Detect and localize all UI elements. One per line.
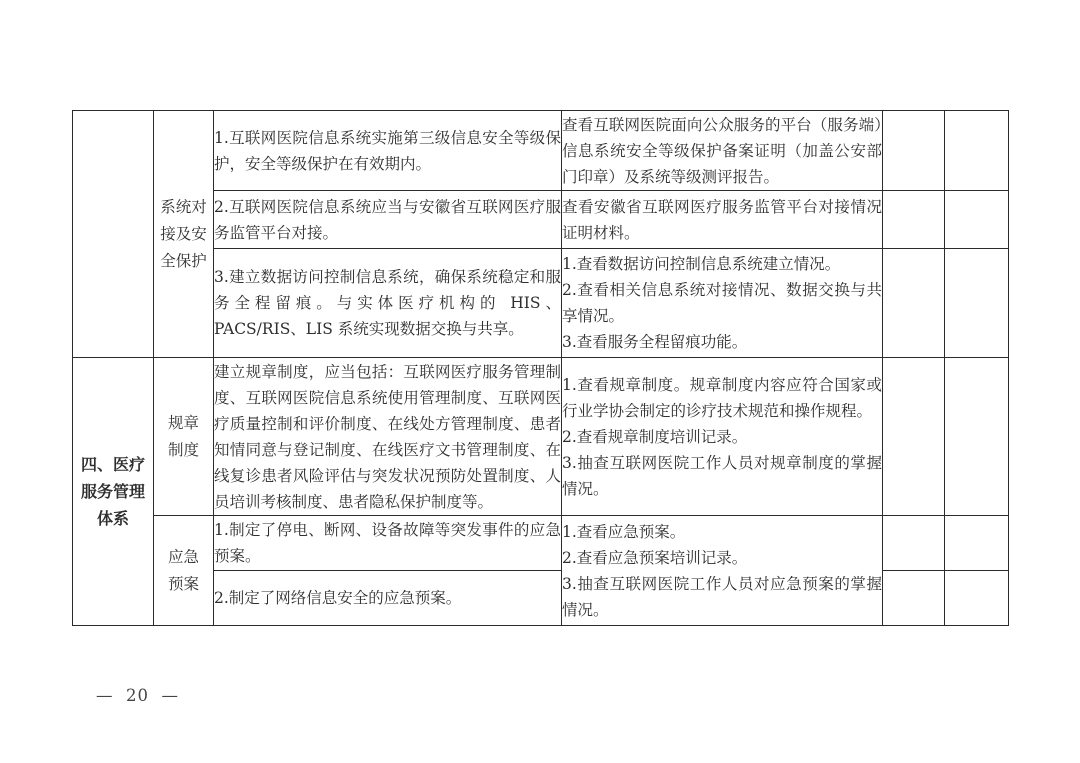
score-cell-2: [945, 571, 1009, 626]
method-cell-platform-connect: 查看安徽省互联网医疗服务监管平台对接情况证明材料。: [562, 191, 883, 249]
evaluation-table: 系统对 接及安 全保护 1.互联网医院信息系统实施第三级信息安全等级保护，安全等…: [72, 110, 1009, 626]
method-text: 查看互联网医院面向公众服务的平台（服务端）信息系统安全等级保护备案证明（加盖公安…: [562, 112, 882, 190]
subcategory-line: 应急: [154, 544, 213, 571]
score-cell-1: [883, 358, 945, 516]
criteria-text: 3.建立数据访问控制信息系统，确保系统稳定和服务全程留痕。与实体医疗机构的 HI…: [214, 264, 561, 342]
criteria-text: 1.制定了停电、断网、设备故障等突发事件的应急预案。: [214, 517, 561, 569]
method-item: 2.查看相关信息系统对接情况、数据交换与共享情况。: [562, 277, 882, 329]
criteria-cell-emergency-outage: 1.制定了停电、断网、设备故障等突发事件的应急预案。: [214, 516, 562, 571]
method-cell-emergency: 1.查看应急预案。 2.查看应急预案培训记录。 3.抽查互联网医院工作人员对应急…: [562, 516, 883, 626]
criteria-text: 2.互联网医院信息系统应当与安徽省互联网医疗服务监管平台对接。: [214, 194, 561, 246]
score-cell-2: [945, 358, 1009, 516]
criteria-text: 建立规章制度，应当包括：互联网医疗服务管理制度、互联网医院信息系统使用管理制度、…: [214, 359, 561, 515]
subcategory-line: 全保护: [154, 248, 213, 275]
page-number: — 20 —: [96, 686, 179, 705]
criteria-cell-emergency-network: 2.制定了网络信息安全的应急预案。: [214, 571, 562, 626]
method-item: 1.查看规章制度。规章制度内容应符合国家或行业学协会制定的诊疗技术规范和操作规程…: [562, 372, 882, 424]
score-cell-2: [945, 516, 1009, 571]
category-cell-medical-service-management: 四、医疗 服务管理 体系: [73, 358, 154, 626]
method-item: 1.查看数据访问控制信息系统建立情况。: [562, 251, 882, 277]
criteria-cell-rules: 建立规章制度，应当包括：互联网医疗服务管理制度、互联网医院信息系统使用管理制度、…: [214, 358, 562, 516]
score-cell-1: [883, 191, 945, 249]
method-item: 1.查看应急预案。: [562, 519, 882, 545]
criteria-cell-data-access: 3.建立数据访问控制信息系统，确保系统稳定和服务全程留痕。与实体医疗机构的 HI…: [214, 249, 562, 358]
category-line: 体系: [73, 505, 153, 532]
method-item: 2.查看应急预案培训记录。: [562, 545, 882, 571]
subcategory-line: 接及安: [154, 221, 213, 248]
method-item: 3.抽查互联网医院工作人员对应急预案的掌握情况。: [562, 571, 882, 623]
criteria-text: 2.制定了网络信息安全的应急预案。: [214, 585, 561, 611]
category-line: 服务管理: [73, 478, 153, 505]
criteria-cell-platform-connect: 2.互联网医院信息系统应当与安徽省互联网医疗服务监管平台对接。: [214, 191, 562, 249]
method-cell-rules: 1.查看规章制度。规章制度内容应符合国家或行业学协会制定的诊疗技术规范和操作规程…: [562, 358, 883, 516]
subcategory-line: 系统对: [154, 194, 213, 221]
score-cell-2: [945, 249, 1009, 358]
criteria-text: 1.互联网医院信息系统实施第三级信息安全等级保护，安全等级保护在有效期内。: [214, 125, 561, 177]
criteria-cell-security-grade: 1.互联网医院信息系统实施第三级信息安全等级保护，安全等级保护在有效期内。: [214, 111, 562, 191]
category-cell-blank: [73, 111, 154, 358]
score-cell-1: [883, 571, 945, 626]
category-line: 四、医疗: [73, 451, 153, 478]
subcategory-line: 预案: [154, 571, 213, 598]
method-cell-security-grade: 查看互联网医院面向公众服务的平台（服务端）信息系统安全等级保护备案证明（加盖公安…: [562, 111, 883, 191]
score-cell-1: [883, 111, 945, 191]
method-text: 查看安徽省互联网医疗服务监管平台对接情况证明材料。: [562, 194, 882, 246]
method-item: 3.抽查互联网医院工作人员对规章制度的掌握情况。: [562, 450, 882, 502]
score-cell-1: [883, 249, 945, 358]
method-item: 3.查看服务全程留痕功能。: [562, 329, 882, 355]
method-item: 2.查看规章制度培训记录。: [562, 424, 882, 450]
score-cell-2: [945, 111, 1009, 191]
score-cell-1: [883, 516, 945, 571]
subcategory-cell-system-integration: 系统对 接及安 全保护: [154, 111, 214, 358]
subcategory-cell-emergency: 应急 预案: [154, 516, 214, 626]
subcategory-line: 制度: [154, 437, 213, 464]
subcategory-cell-rules: 规章 制度: [154, 358, 214, 516]
subcategory-line: 规章: [154, 410, 213, 437]
method-cell-data-access: 1.查看数据访问控制信息系统建立情况。 2.查看相关信息系统对接情况、数据交换与…: [562, 249, 883, 358]
document-page: 系统对 接及安 全保护 1.互联网医院信息系统实施第三级信息安全等级保护，安全等…: [0, 0, 1080, 763]
score-cell-2: [945, 191, 1009, 249]
